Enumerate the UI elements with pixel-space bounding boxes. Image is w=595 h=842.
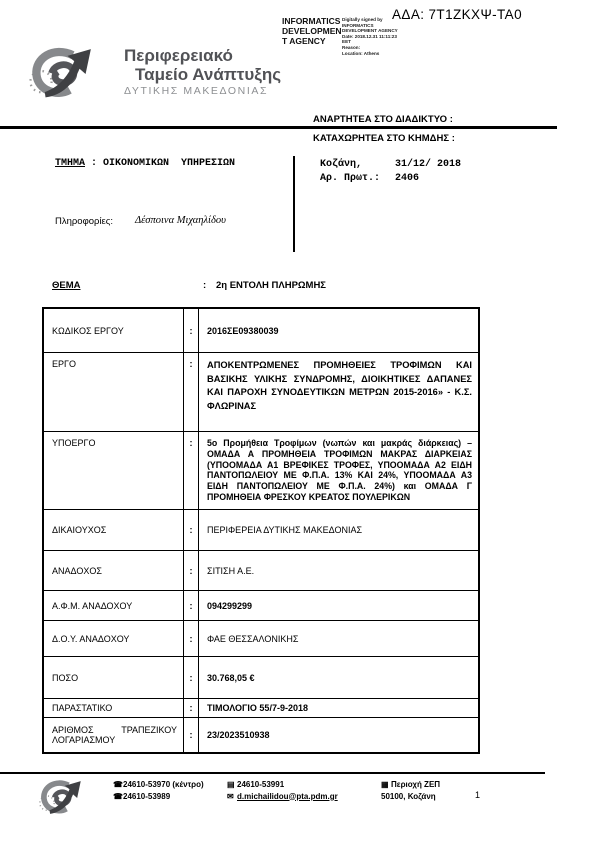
- subject-line: ΘΕΜΑ : 2η ΕΝΤΟΛΗ ΠΛΗΡΩΜΗΣ: [52, 280, 81, 294]
- phone-icon: ☎: [113, 791, 123, 803]
- department-line: ΤΜΗΜΑ : ΟΙΚΟΝΟΜΙΚΩΝ ΥΠΗΡΕΣΙΩΝ: [55, 158, 235, 169]
- phone-icon: ☎: [113, 779, 123, 791]
- city-label: Κοζάνη,: [320, 158, 395, 172]
- footer-city-postcode: 50100, Κοζάνη: [381, 791, 440, 803]
- row-label: ΥΠΟΕΡΓΟ: [44, 432, 184, 509]
- agency-name-block: Περιφερειακό Ταμείο Ανάπτυξης ΔΥΤΙΚΗΣ ΜΑ…: [124, 47, 281, 97]
- row-value: 2016ΣΕ09380039: [199, 309, 478, 352]
- ada-code: ΑΔΑ: 7Τ1ΖΚΧΨ-ΤΑ0: [392, 7, 522, 22]
- signature-detail-block: Digitally signed by INFORMATICS DEVELOPM…: [342, 17, 398, 56]
- row-label: ΑΡΙΘΜΟΣ ΤΡΑΠΕΖΙΚΟΥ ΛΟΓΑΡΙΑΣΜΟΥ: [44, 718, 184, 752]
- row-value: 094299299: [199, 591, 478, 620]
- row-colon: :: [184, 657, 199, 698]
- table-row-contractor-vat: Α.Φ.Μ. ΑΝΑΔΟΧΟΥ : 094299299: [44, 591, 478, 621]
- subject-colon: :: [203, 280, 206, 291]
- table-row-contractor-tax-office: Δ.Ο.Υ. ΑΝΑΔΟΧΟΥ : ΦΑΕ ΘΕΣΣΑΛΟΝΙΚΗΣ: [44, 621, 478, 657]
- table-row-bank-account: ΑΡΙΘΜΟΣ ΤΡΑΠΕΖΙΚΟΥ ΛΟΓΑΡΙΑΣΜΟΥ : 23/2023…: [44, 718, 478, 752]
- row-label: ΔΙΚΑΙΟΥΧΟΣ: [44, 510, 184, 550]
- signature-agency-line: T AGENCY: [282, 36, 344, 46]
- footer-divider-line: [0, 772, 545, 774]
- footer-area: Περιοχή ΖΕΠ: [391, 780, 440, 789]
- table-row-beneficiary: ΔΙΚΑΙΟΥΧΟΣ : ΠΕΡΙΦΕΡΕΙΑ ΔΥΤΙΚΗΣ ΜΑΚΕΔΟΝΙ…: [44, 510, 478, 551]
- agency-name-line1: Περιφερειακό: [124, 47, 281, 64]
- table-row-invoice: ΠΑΡΑΣΤΑΤΙΚΟ : ΤΙΜΟΛΟΓΙΟ 55/7-9-2018: [44, 699, 478, 718]
- table-row-subproject: ΥΠΟΕΡΓΟ : 5ο Προμήθεια Τροφίμων (νωπών κ…: [44, 432, 478, 510]
- row-colon: :: [184, 591, 199, 620]
- web-posting-notice: ΑΝΑΡΤΗΤΕΑ ΣΤΟ ΔΙΑΔΙΚΤΥΟ :: [313, 114, 453, 125]
- document-page: ΑΔΑ: 7Τ1ΖΚΧΨ-ΤΑ0 INFORMATICS DEVELOPMEN …: [0, 0, 595, 842]
- building-icon: ▦: [381, 779, 391, 791]
- table-row-amount: ΠΟΣΟ : 30.768,05 €: [44, 657, 478, 699]
- info-label: Πληροφορίες:: [55, 216, 113, 227]
- row-colon: :: [184, 309, 199, 352]
- signature-agency-block: INFORMATICS DEVELOPMEN T AGENCY: [282, 16, 344, 46]
- agency-name-line3: ΔΥΤΙΚΗΣ ΜΑΚΕΔΟΝΙΑΣ: [124, 86, 281, 97]
- row-value: ΑΠΟΚΕΝΤΡΩΜΕΝΕΣ ΠΡΟΜΗΘΕΙΕΣ ΤΡΟΦΙΜΩΝ ΚΑΙ Β…: [199, 353, 478, 431]
- footer-logo-icon: [33, 775, 107, 826]
- agency-logo-icon: [25, 40, 125, 113]
- footer-phone2: 24610-53989: [123, 792, 170, 801]
- signature-detail-line: DEVELOPMENT AGENCY: [342, 28, 398, 34]
- vertical-divider: [293, 156, 295, 252]
- header-divider-line: [0, 126, 557, 129]
- signature-detail-line: Location: Athens: [342, 51, 398, 57]
- department-value: : ΟΙΚΟΝΟΜΙΚΩΝ ΥΠΗΡΕΣΙΩΝ: [85, 158, 235, 169]
- row-colon: :: [184, 718, 199, 752]
- contact-person-line: Πληροφορίες: Δέσποινα Μιχαηλίδου: [55, 216, 113, 227]
- row-value: ΦΑΕ ΘΕΣΣΑΛΟΝΙΚΗΣ: [199, 621, 478, 656]
- row-label: Α.Φ.Μ. ΑΝΑΔΟΧΟΥ: [44, 591, 184, 620]
- agency-name-line2: Ταμείο Ανάπτυξης: [135, 66, 281, 83]
- row-value: ΠΕΡΙΦΕΡΕΙΑ ΔΥΤΙΚΗΣ ΜΑΚΕΔΟΝΙΑΣ: [199, 510, 478, 550]
- footer-address: ▦Περιοχή ΖΕΠ 50100, Κοζάνη: [381, 779, 440, 802]
- row-label: ΕΡΓΟ: [44, 353, 184, 431]
- subject-label: ΘΕΜΑ: [52, 280, 81, 291]
- signature-agency-line: DEVELOPMEN: [282, 26, 344, 36]
- row-colon: :: [184, 353, 199, 431]
- kimdis-notice: ΚΑΤΑΧΩΡΗΤΕΑ ΣΤΟ ΚΗΜΔΗΣ :: [313, 133, 455, 144]
- subject-value: 2η ΕΝΤΟΛΗ ΠΛΗΡΩΜΗΣ: [216, 280, 326, 291]
- row-colon: :: [184, 551, 199, 590]
- row-label: Δ.Ο.Υ. ΑΝΑΔΟΧΟΥ: [44, 621, 184, 656]
- fax-icon: ▤: [227, 779, 237, 791]
- row-label: ΚΩΔΙΚΟΣ ΕΡΓΟΥ: [44, 309, 184, 352]
- protocol-number: 2406: [395, 172, 419, 186]
- footer-fax-email: ▤24610-53991 ✉d.michailidou@pta.pdm.gr: [227, 779, 338, 802]
- contact-person-name: Δέσποινα Μιχαηλίδου: [135, 215, 226, 226]
- row-label: ΠΑΡΑΣΤΑΤΙΚΟ: [44, 699, 184, 717]
- email-icon: ✉: [227, 791, 237, 803]
- row-label: ΑΝΑΔΟΧΟΣ: [44, 551, 184, 590]
- row-colon: :: [184, 432, 199, 509]
- table-row-project: ΕΡΓΟ : ΑΠΟΚΕΝΤΡΩΜΕΝΕΣ ΠΡΟΜΗΘΕΙΕΣ ΤΡΟΦΙΜΩ…: [44, 353, 478, 432]
- footer-fax: 24610-53991: [237, 780, 284, 789]
- signature-agency-line: INFORMATICS: [282, 16, 344, 26]
- city-date-block: Κοζάνη, 31/12/ 2018 Αρ. Πρωτ.: 2406: [320, 158, 461, 186]
- row-colon: :: [184, 699, 199, 717]
- page-number: 1: [475, 790, 480, 800]
- protocol-label: Αρ. Πρωτ.:: [320, 172, 395, 186]
- row-value: ΣΙΤΙΣΗ Α.Ε.: [199, 551, 478, 590]
- row-value: 30.768,05 €: [199, 657, 478, 698]
- row-value: 23/2023510938: [199, 718, 478, 752]
- row-colon: :: [184, 621, 199, 656]
- row-colon: :: [184, 510, 199, 550]
- table-row-contractor: ΑΝΑΔΟΧΟΣ : ΣΙΤΙΣΗ Α.Ε.: [44, 551, 478, 591]
- footer-phone1: 24610-53970 (κέντρο): [123, 780, 204, 789]
- table-row-project-code: ΚΩΔΙΚΟΣ ΕΡΓΟΥ : 2016ΣΕ09380039: [44, 309, 478, 353]
- row-value: ΤΙΜΟΛΟΓΙΟ 55/7-9-2018: [199, 699, 478, 717]
- payment-details-table: ΚΩΔΙΚΟΣ ΕΡΓΟΥ : 2016ΣΕ09380039 ΕΡΓΟ : ΑΠ…: [42, 307, 480, 754]
- footer-email-link[interactable]: d.michailidou@pta.pdm.gr: [237, 792, 338, 801]
- row-label: ΠΟΣΟ: [44, 657, 184, 698]
- row-value: 5ο Προμήθεια Τροφίμων (νωπών και μακράς …: [199, 432, 478, 509]
- footer-phones: ☎24610-53970 (κέντρο) ☎24610-53989: [113, 779, 204, 802]
- department-label: ΤΜΗΜΑ: [55, 158, 85, 169]
- date-value: 31/12/ 2018: [395, 158, 461, 172]
